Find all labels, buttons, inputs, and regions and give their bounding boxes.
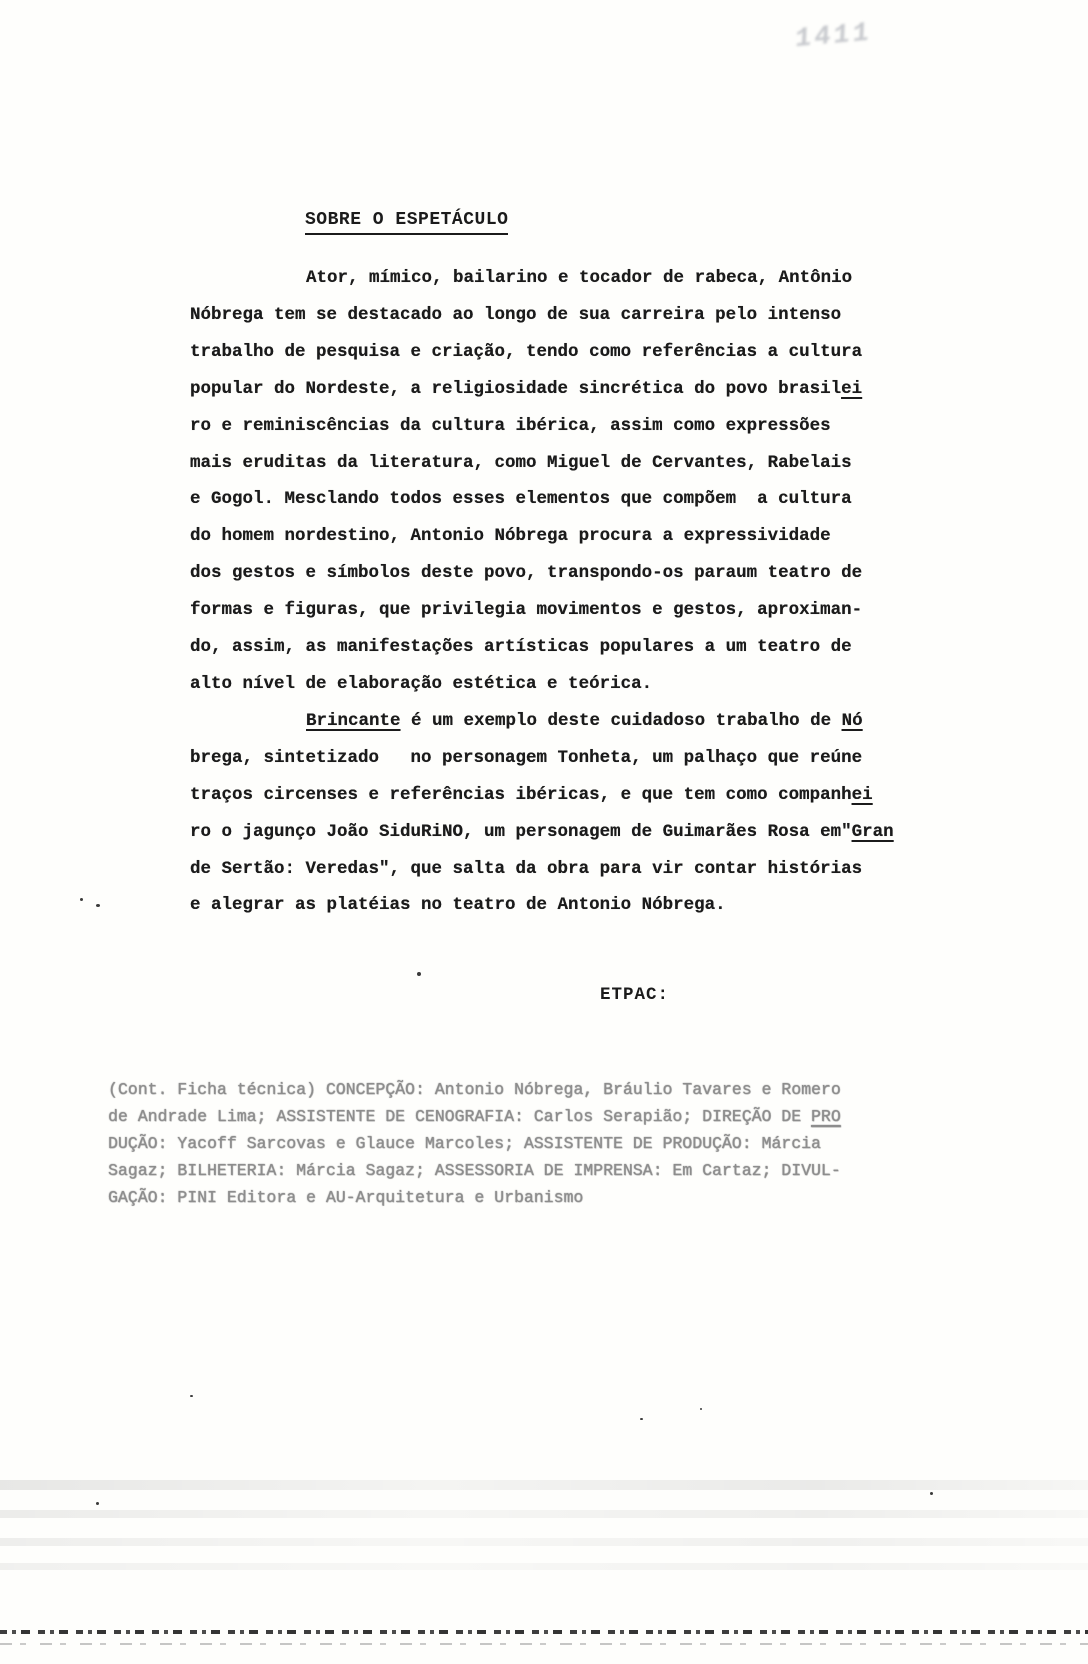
text-segment: ro o jagunço João SiduRiNO, um personage…	[190, 822, 852, 842]
scan-edge-line	[0, 1630, 1088, 1634]
text-segment: é um exemplo deste cuidadoso trabalho de	[401, 711, 842, 731]
underlined-text-segment: PRO	[811, 1107, 841, 1126]
text-segment: Nóbrega tem se destacado ao longo de sua…	[190, 305, 841, 325]
text-segment: do homem nordestino, Antonio Nóbrega pro…	[190, 526, 831, 546]
text-line: Nóbrega tem se destacado ao longo de sua…	[190, 297, 930, 334]
text-line: Sagaz; BILHETERIA: Márcia Sagaz; ASSESSO…	[108, 1157, 968, 1184]
text-line: (Cont. Ficha técnica) CONCEPÇÃO: Antonio…	[108, 1076, 968, 1103]
text-line: de Andrade Lima; ASSISTENTE DE CENOGRAFI…	[108, 1103, 968, 1130]
text-line: ro e reminiscências da cultura ibérica, …	[190, 408, 930, 445]
main-paragraphs: Ator, mímico, bailarino e tocador de rab…	[190, 260, 930, 924]
text-segment: Sagaz; BILHETERIA: Márcia Sagaz; ASSESSO…	[108, 1161, 841, 1180]
text-line: brega, sintetizado no personagem Tonheta…	[190, 740, 930, 777]
scan-edge-line-faint	[0, 1643, 1088, 1645]
text-segment: de Sertão: Veredas", que salta da obra p…	[190, 859, 862, 879]
scan-speck	[640, 1418, 643, 1420]
underlined-text-segment: Gran	[852, 822, 894, 842]
underlined-text-segment: ei	[841, 379, 862, 399]
text-line: formas e figuras, que privilegia movimen…	[190, 592, 930, 629]
text-segment: dos gestos e símbolos deste povo, transp…	[190, 563, 862, 583]
text-segment: e Gogol. Mesclando todos esses elementos…	[190, 489, 852, 509]
underlined-text-segment: ei	[852, 785, 873, 805]
text-line: Brincante é um exemplo deste cuidadoso t…	[190, 703, 930, 740]
text-line: popular do Nordeste, a religiosidade sin…	[190, 371, 930, 408]
text-line: traços circenses e referências ibéricas,…	[190, 777, 930, 814]
text-line: Ator, mímico, bailarino e tocador de rab…	[190, 260, 930, 297]
scan-band	[0, 1538, 1088, 1546]
text-line: e alegrar as platéias no teatro de Anton…	[190, 887, 930, 924]
credits-block: (Cont. Ficha técnica) CONCEPÇÃO: Antonio…	[108, 1076, 968, 1211]
scanned-document-page: 1411 SOBRE O ESPETÁCULO Ator, mímico, ba…	[0, 0, 1088, 1664]
text-segment: mais eruditas da literatura, como Miguel…	[190, 453, 852, 473]
underlined-text-segment: Nó	[842, 711, 863, 731]
text-line: trabalho de pesquisa e criação, tendo co…	[190, 334, 930, 371]
scan-band	[0, 1563, 1088, 1570]
text-segment: traços circenses e referências ibéricas,…	[190, 785, 852, 805]
text-segment: DUÇÃO: Yacoff Sarcovas e Glauce Marcoles…	[108, 1134, 821, 1153]
text-line: ro o jagunço João SiduRiNO, um personage…	[190, 814, 930, 851]
text-segment: do, assim, as manifestações artísticas p…	[190, 637, 852, 657]
text-line: GAÇÃO: PINI Editora e AU-Arquitetura e U…	[108, 1184, 968, 1211]
scan-speck	[700, 1408, 702, 1410]
scan-speck	[96, 1502, 99, 1505]
scan-band	[0, 1510, 1088, 1518]
text-segment: alto nível de elaboração estética e teór…	[190, 674, 652, 694]
text-line: mais eruditas da literatura, como Miguel…	[190, 445, 930, 482]
scan-speck	[417, 972, 421, 976]
text-segment: ro e reminiscências da cultura ibérica, …	[190, 416, 831, 436]
text-segment: brega, sintetizado no personagem Tonheta…	[190, 748, 862, 768]
text-segment: de Andrade Lima; ASSISTENTE DE CENOGRAFI…	[108, 1107, 811, 1126]
text-segment: (Cont. Ficha técnica) CONCEPÇÃO: Antonio…	[108, 1080, 841, 1099]
scan-speck	[80, 898, 83, 901]
faint-page-stamp: 1411	[794, 19, 872, 56]
text-line: dos gestos e símbolos deste povo, transp…	[190, 555, 930, 592]
etpac-label: ETPAC:	[600, 985, 669, 1005]
scan-band	[0, 1480, 1088, 1490]
text-line: DUÇÃO: Yacoff Sarcovas e Glauce Marcoles…	[108, 1130, 968, 1157]
text-segment: trabalho de pesquisa e criação, tendo co…	[190, 342, 862, 362]
text-line: do, assim, as manifestações artísticas p…	[190, 629, 930, 666]
text-segment: e alegrar as platéias no teatro de Anton…	[190, 895, 726, 915]
text-segment: popular do Nordeste, a religiosidade sin…	[190, 379, 841, 399]
text-line: do homem nordestino, Antonio Nóbrega pro…	[190, 518, 930, 555]
text-segment: formas e figuras, que privilegia movimen…	[190, 600, 862, 620]
text-line: e Gogol. Mesclando todos esses elementos…	[190, 481, 930, 518]
scan-speck	[930, 1492, 933, 1495]
text-line: de Sertão: Veredas", que salta da obra p…	[190, 851, 930, 888]
text-line: alto nível de elaboração estética e teór…	[190, 666, 930, 703]
scan-speck	[190, 1395, 193, 1397]
underlined-text-segment: Brincante	[306, 711, 401, 731]
scan-speck	[96, 904, 100, 907]
document-title: SOBRE O ESPETÁCULO	[305, 210, 508, 235]
text-segment: GAÇÃO: PINI Editora e AU-Arquitetura e U…	[108, 1188, 583, 1207]
text-segment: Ator, mímico, bailarino e tocador de rab…	[306, 268, 852, 288]
